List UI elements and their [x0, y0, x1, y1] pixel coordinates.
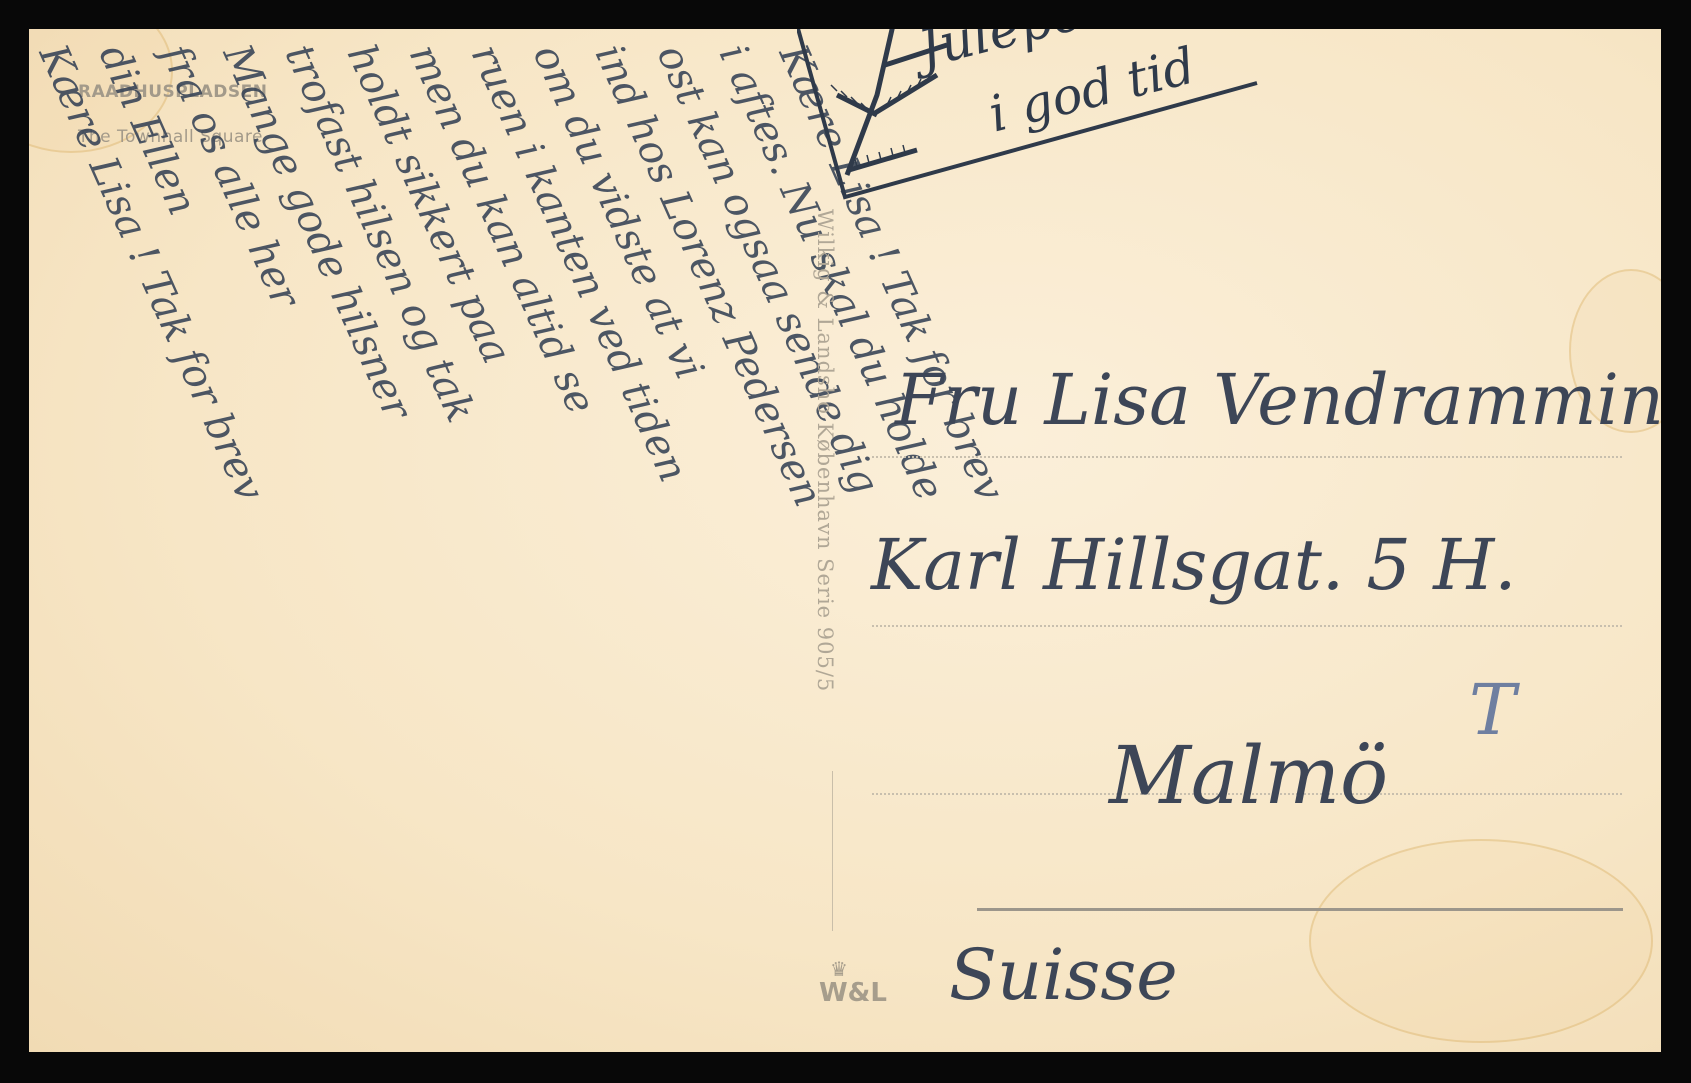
address-line-country [977, 908, 1623, 911]
publisher-imprint: Wilkig & Landsho København Serie 905/5 [813, 209, 837, 692]
center-divider-line [832, 771, 833, 931]
postcard-back: RAADHUSPLADSEN The Townhall Square Kære … [29, 29, 1661, 1052]
christmas-cachet-stamp: Julepost i god tid [797, 29, 1267, 200]
address-line-2 [872, 625, 1622, 627]
recipient-name: Fru Lisa Vendramming [895, 359, 1661, 441]
recipient-city: Malmö [1109, 729, 1388, 822]
recipient-country: Suisse [949, 934, 1178, 1016]
address-line-1 [872, 456, 1622, 458]
recipient-street: Karl Hillsgat. 5 H. [871, 524, 1517, 606]
crown-icon: ♛ [819, 959, 859, 979]
pencil-mark: T [1469, 669, 1516, 751]
publisher-logo: ♛ W&L [819, 959, 859, 1019]
monogram-icon: W&L [819, 979, 859, 1007]
water-stain [1309, 839, 1653, 1043]
